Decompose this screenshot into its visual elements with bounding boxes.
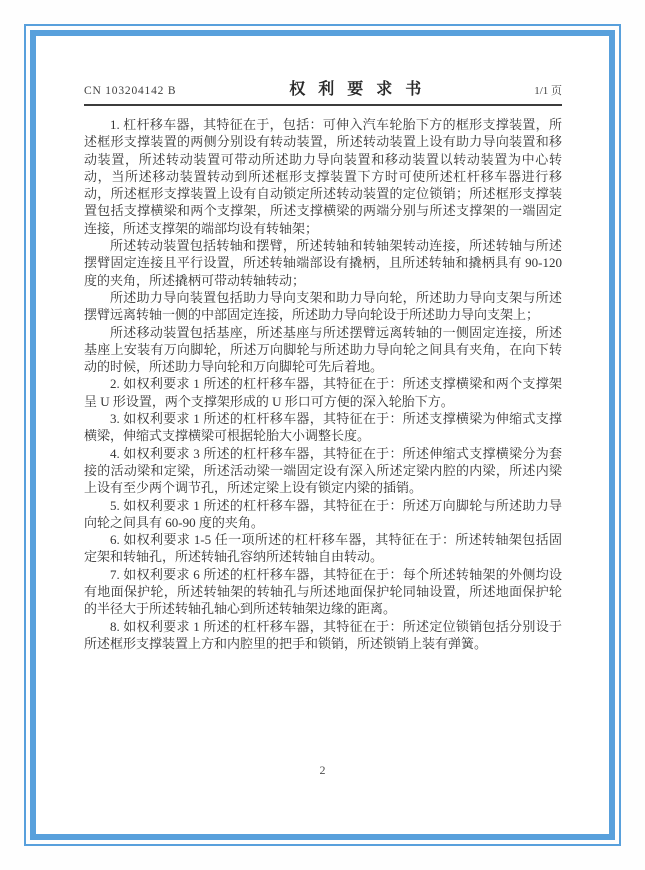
claim-paragraph: 所述助力导向装置包括助力导向支架和助力导向轮，所述助力导向支架与所述摆臂远离转轴… xyxy=(84,289,562,324)
publication-number: CN 103204142 B xyxy=(84,85,176,97)
claim-paragraph: 所述转动装置包括转轴和摆臂，所述转轴和转轴架转动连接，所述转轴与所述摆臂固定连接… xyxy=(84,237,562,289)
document-page: CN 103204142 B 权利要求书 1/1 页 1. 杠杆移车器，其特征在… xyxy=(36,36,609,834)
page-title: 权利要求书 xyxy=(276,76,434,99)
claims-body: 1. 杠杆移车器，其特征在于，包括：可伸入汽车轮胎下方的框形支撑装置，所述框形支… xyxy=(84,116,562,652)
claim-paragraph: 5. 如权利要求 1 所述的杠杆移车器，其特征在于：所述万向脚轮与所述助力导向轮… xyxy=(84,497,562,532)
claim-paragraph: 6. 如权利要求 1-5 任一项所述的杠杆移车器，其特征在于：所述转轴架包括固定… xyxy=(84,531,562,566)
patent-claims-page: { "colors": { "frame_blue": "#58a0dc", "… xyxy=(0,0,645,870)
page-number: 2 xyxy=(36,763,609,778)
document-header: CN 103204142 B 权利要求书 1/1 页 xyxy=(84,76,562,106)
claim-paragraph: 7. 如权利要求 6 所述的杠杆移车器，其特征在于：每个所述转轴架的外侧均设有地… xyxy=(84,566,562,618)
claim-paragraph: 2. 如权利要求 1 所述的杠杆移车器，其特征在于：所述支撑横梁和两个支撑架呈 … xyxy=(84,375,562,410)
claim-paragraph: 1. 杠杆移车器，其特征在于，包括：可伸入汽车轮胎下方的框形支撑装置，所述框形支… xyxy=(84,116,562,237)
claim-paragraph: 4. 如权利要求 3 所述的杠杆移车器，其特征在于：所述伸缩式支撑横梁分为套接的… xyxy=(84,445,562,497)
claim-paragraph: 8. 如权利要求 1 所述的杠杆移车器，其特征在于：所述定位锁销包括分别设于所述… xyxy=(84,618,562,653)
claim-paragraph: 3. 如权利要求 1 所述的杠杆移车器，其特征在于：所述支撑横梁为伸缩式支撑横梁… xyxy=(84,410,562,445)
page-indicator: 1/1 页 xyxy=(534,82,562,98)
claim-paragraph: 所述移动装置包括基座，所述基座与所述摆臂远离转轴的一侧固定连接，所述基座上安装有… xyxy=(84,324,562,376)
